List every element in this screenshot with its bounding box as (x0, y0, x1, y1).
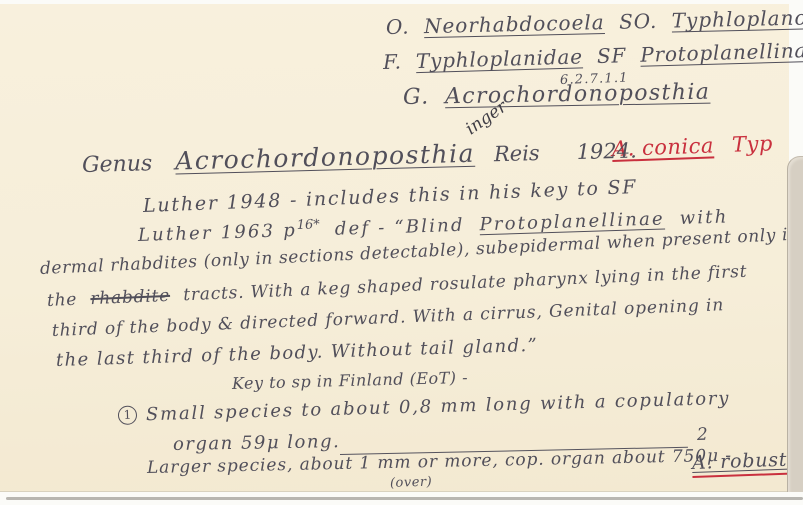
card-title-line: Genus Acrochordonoposthia Reis 1924. (82, 135, 637, 178)
definition-line-4: the last third of the body. Without tail… (56, 336, 539, 371)
note-1963-mid: def - “Blind (335, 215, 465, 240)
suborder-label: SO. (619, 9, 658, 34)
key-item-1-target: 2 (697, 426, 708, 445)
family-label: F. (383, 49, 402, 74)
order-name: Neorhabdocoela (424, 10, 605, 38)
card-stack-edge (6, 497, 803, 500)
note-1963-end: with (679, 206, 728, 229)
order-label: O. (386, 14, 410, 39)
key-item-1-number: 1 (118, 405, 138, 425)
title-label: Genus (82, 151, 153, 178)
scanned-index-card-photo: O. Neorhabdocoela SO. Typhloplanoida F. … (0, 0, 803, 505)
key-item-2-species: A. robusta (692, 449, 800, 474)
title-author: Reis (494, 141, 540, 166)
over-note: (over) (390, 476, 433, 492)
page-ref-superscript: 16* (297, 217, 321, 233)
title-genus: Acrochordonoposthia (175, 139, 475, 176)
def2-struck-word: rhabdite (90, 286, 170, 309)
key-item-1-line-2: organ 59μ long. (173, 432, 341, 455)
suborder-name: Typhloplanoida (671, 5, 803, 33)
key-item-1-line-1: 1Small species to about 0,8 mm long with… (118, 389, 731, 426)
species-robusta: A. robusta (692, 448, 800, 478)
classification-line-order: O. Neorhabdocoela SO. Typhloplanoida (386, 6, 803, 38)
def2-start: the (47, 290, 78, 311)
index-card: O. Neorhabdocoela SO. Typhloplanoida F. … (0, 4, 789, 491)
subfamily-label: SF (597, 43, 627, 68)
genus-name: Acrochordonoposthia (445, 80, 711, 110)
title-year: 1924. (576, 138, 637, 164)
genus-label: G. (403, 85, 430, 110)
subfamily-name: Protoplanellinae (640, 38, 803, 67)
type-label: Typ (732, 131, 774, 156)
card-behind-tab (787, 156, 803, 492)
family-name: Typhloplanidae (416, 44, 584, 73)
key-heading: Key to sp in Finland (EoT) - (232, 369, 468, 393)
key-item-1-text: Small species to about 0,8 mm long with … (146, 388, 731, 425)
note-1963-start: Luther 1963 p (138, 220, 298, 246)
classification-line-family: F. Typhloplanidae SF Protoplanellinae (383, 39, 803, 73)
classification-line-genus: G. Acrochordonoposthia (403, 81, 711, 111)
